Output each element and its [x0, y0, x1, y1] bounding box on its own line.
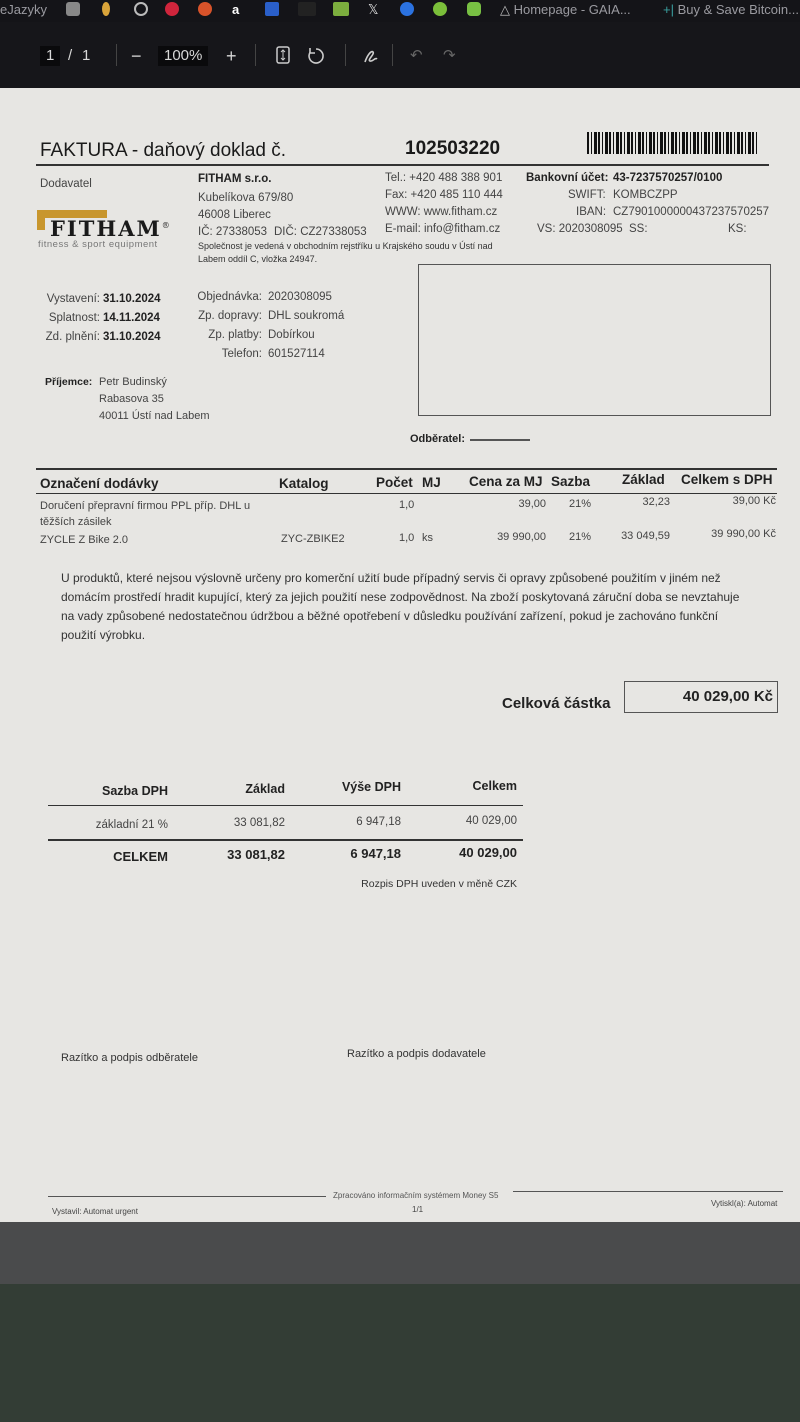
- item-base: 33 049,59: [600, 530, 670, 542]
- invoice-title: FAKTURA - daňový doklad č.: [40, 140, 286, 162]
- vat-header-total: Celkem: [420, 779, 517, 793]
- item-vat-rate: 21%: [569, 531, 591, 543]
- x-icon[interactable]: 𝕏: [368, 2, 378, 18]
- order-label: Objednávka:: [180, 291, 262, 303]
- logo-tagline: fitness & sport equipment: [38, 239, 158, 250]
- shipping-label: Zp. dopravy:: [180, 310, 262, 322]
- zoom-in-button[interactable]: +: [226, 46, 237, 66]
- order-number: 2020308095: [268, 291, 332, 303]
- zoom-level-input[interactable]: 100%: [158, 46, 208, 66]
- due-label: Splatnost:: [40, 312, 100, 324]
- item-qty: 1,0: [399, 499, 414, 511]
- vat-header-base: Základ: [190, 782, 285, 796]
- iban-value: CZ7901000000437237570257: [613, 206, 769, 218]
- total-label: Celková částka: [502, 695, 610, 712]
- apple-icon[interactable]: [66, 2, 80, 18]
- supplier-www[interactable]: WWW: www.fitham.cz: [385, 206, 497, 218]
- fit-page-icon[interactable]: [276, 46, 290, 70]
- taxable-label: Zd. plnění:: [30, 331, 100, 343]
- pinterest-icon[interactable]: [165, 2, 179, 18]
- supplier-ic: IČ: 27338053: [198, 226, 267, 238]
- shipping-method: DHL soukromá: [268, 310, 344, 322]
- vat-total-amount: 6 947,18: [300, 846, 401, 861]
- vat-header-rule: [48, 805, 523, 806]
- item-total: 39,00 Kč: [680, 495, 776, 507]
- redacted-customer-name: [470, 439, 530, 441]
- item-description-cont: těžších zásilek: [40, 516, 112, 528]
- supplier-logo: FITHAM®: [50, 216, 172, 241]
- customer-signature-label: Razítko a podpis odběratele: [61, 1052, 198, 1064]
- specific-symbol: SS:: [629, 223, 648, 235]
- items-table-top-rule: [36, 468, 777, 470]
- supplier-dic: DIČ: CZ27338053: [274, 226, 367, 238]
- bookmarks-bar: eJazyky a 𝕏 △ Homepage - GAIA... +| Buy …: [0, 0, 800, 22]
- total-amount: 40 029,00 Kč: [624, 681, 778, 713]
- page-total: 1: [82, 46, 90, 66]
- dark-site-icon[interactable]: [298, 2, 316, 18]
- duolingo-icon[interactable]: [467, 2, 481, 18]
- recipient-city: 40011 Ústí nad Labem: [99, 410, 209, 422]
- vat-total-base: 33 081,82: [190, 847, 285, 862]
- plus-icon: +|: [663, 2, 678, 17]
- openai-icon[interactable]: [134, 2, 148, 18]
- barcode: [587, 132, 757, 154]
- phone-label: Telefon:: [180, 348, 262, 360]
- item-base: 32,23: [600, 496, 670, 508]
- bank-account: 43-7237570257/0100: [613, 172, 722, 184]
- col-header-base: Základ: [622, 472, 665, 487]
- item-unit-price: 39,00: [466, 498, 546, 510]
- item-description: Doručení přepravní firmou PPL příp. DHL …: [40, 500, 250, 512]
- variable-symbol: VS: 2020308095: [537, 223, 623, 235]
- rotate-icon[interactable]: [306, 46, 326, 72]
- toolbar-divider: [392, 44, 393, 66]
- item-qty: 1,0: [399, 532, 414, 544]
- supplier-city: 46008 Liberec: [198, 209, 271, 221]
- payment-label: Zp. platby:: [180, 329, 262, 341]
- logo-bar-vertical: [37, 210, 45, 230]
- note-line: U produktů, které nejsou výslovně určeny…: [61, 569, 739, 588]
- orange-app-icon[interactable]: [198, 2, 212, 18]
- vat-header-amount: Výše DPH: [300, 780, 401, 794]
- recipient-street: Rabasova 35: [99, 393, 164, 405]
- due-date: 14.11.2024: [103, 312, 160, 324]
- chat-bubble-icon[interactable]: [265, 2, 279, 18]
- phone-number: 601527114: [268, 348, 325, 360]
- supplier-fax: Fax: +420 485 110 444: [385, 189, 503, 201]
- item-unit: ks: [422, 532, 433, 544]
- supplier-registry-2: Labem oddíl C, vložka 24947.: [198, 254, 317, 264]
- invoice-page: FAKTURA - daňový doklad č. 102503220 Dod…: [0, 88, 800, 1222]
- draw-icon[interactable]: [362, 46, 380, 72]
- customer-label: Odběratel:: [410, 433, 465, 445]
- payment-method: Dobírkou: [268, 329, 315, 341]
- bank-account-label: Bankovní účet:: [526, 172, 608, 184]
- taxable-date: 31.10.2024: [103, 331, 161, 343]
- vat-rate-name: základní 21 %: [60, 819, 168, 831]
- footer-system: Zpracováno informačním systémem Money S5: [333, 1191, 498, 1200]
- green-circle-icon[interactable]: [433, 2, 447, 18]
- toolbar-divider: [345, 44, 346, 66]
- undo-button[interactable]: ↶: [410, 46, 423, 66]
- note-line: na vady způsobené nedostatečnou údržbou …: [61, 607, 739, 626]
- col-header-unit: MJ: [422, 475, 441, 490]
- bookmark-ejazyky[interactable]: eJazyky: [0, 2, 47, 18]
- footer-rule-right: [513, 1191, 783, 1192]
- recipient-label: Příjemce:: [45, 376, 92, 388]
- supplier-tel: Tel.: +420 488 388 901: [385, 172, 502, 184]
- redo-button[interactable]: ↷: [443, 46, 456, 66]
- bookmark-bitcoin[interactable]: +| Buy & Save Bitcoin...: [663, 2, 799, 18]
- col-header-total: Celkem s DPH: [681, 472, 773, 487]
- vat-currency-note: Rozpis DPH uveden v měně CZK: [330, 878, 517, 890]
- note-line: použití výrobku.: [61, 626, 739, 645]
- col-header-unit-price: Cena za MJ: [469, 474, 543, 489]
- footer-printed-by: Vytiskl(a): Automat: [711, 1199, 777, 1208]
- footer-rule-left: [48, 1196, 326, 1197]
- item-description: ZYCLE Z Bike 2.0: [40, 534, 128, 546]
- items-header-rule: [36, 493, 777, 494]
- vat-total-rule: [48, 839, 523, 841]
- supplier-signature-label: Razítko a podpis dodavatele: [347, 1048, 486, 1060]
- amazon-a-icon[interactable]: a: [232, 2, 239, 18]
- swift-value: KOMBCZPP: [613, 189, 678, 201]
- customer-address-box: [418, 264, 771, 416]
- vat-total: 40 029,00: [420, 815, 517, 827]
- col-header-description: Označení dodávky: [40, 476, 159, 491]
- supplier-label: Dodavatel: [40, 178, 92, 190]
- issued-label: Vystavení:: [40, 293, 100, 305]
- recipient-name: Petr Budinský: [99, 376, 167, 388]
- vat-total-sum: 40 029,00: [420, 845, 517, 860]
- item-total: 39 990,00 Kč: [680, 528, 776, 540]
- supplier-email[interactable]: E-mail: info@fitham.cz: [385, 223, 500, 235]
- toolbar-divider: [116, 44, 117, 66]
- page-number-input[interactable]: 1: [40, 46, 60, 66]
- toolbar-divider: [255, 44, 256, 66]
- note-line: domácím prostředí hradit kupující, který…: [61, 588, 739, 607]
- col-header-qty: Počet: [376, 475, 413, 490]
- footer-page: 1/1: [412, 1205, 423, 1214]
- iban-label: IBAN:: [576, 206, 606, 218]
- zoom-out-button[interactable]: −: [131, 46, 142, 66]
- vat-total-label: CELKEM: [60, 849, 168, 864]
- monitor-bezel: [0, 1222, 800, 1284]
- supplier-name: FITHAM s.r.o.: [198, 173, 271, 185]
- vat-header-rate: Sazba DPH: [60, 784, 168, 798]
- triangle-icon: △: [500, 2, 514, 17]
- constant-symbol: KS:: [728, 223, 747, 235]
- header-rule: [36, 164, 769, 166]
- supplier-street: Kubelíkova 679/80: [198, 192, 293, 204]
- banana-icon[interactable]: [102, 2, 110, 18]
- bookmark-gaia[interactable]: △ Homepage - GAIA...: [500, 2, 631, 18]
- item-vat-rate: 21%: [569, 498, 591, 510]
- vat-base: 33 081,82: [190, 817, 285, 829]
- green-site-icon[interactable]: [333, 2, 349, 18]
- warranty-note: U produktů, které nejsou výslovně určeny…: [61, 569, 739, 645]
- invoice-number: 102503220: [405, 138, 500, 160]
- col-header-vat-rate: Sazba: [551, 474, 590, 489]
- desk-background: [0, 1284, 800, 1422]
- issued-date: 31.10.2024: [103, 293, 161, 305]
- item-unit-price: 39 990,00: [466, 531, 546, 543]
- footer-issued-by: Vystavil: Automat urgent: [52, 1207, 138, 1216]
- swift-label: SWIFT:: [568, 189, 606, 201]
- page-separator: /: [68, 46, 72, 66]
- vat-amount: 6 947,18: [300, 816, 401, 828]
- blue-network-icon[interactable]: [400, 2, 414, 18]
- supplier-registry-1: Společnost je vedená v obchodním rejstří…: [198, 241, 493, 251]
- item-catalog: ZYC-ZBIKE2: [281, 533, 345, 545]
- col-header-catalog: Katalog: [279, 476, 329, 491]
- pdf-toolbar: 1 / 1 − 100% + ↶ ↷: [0, 22, 800, 88]
